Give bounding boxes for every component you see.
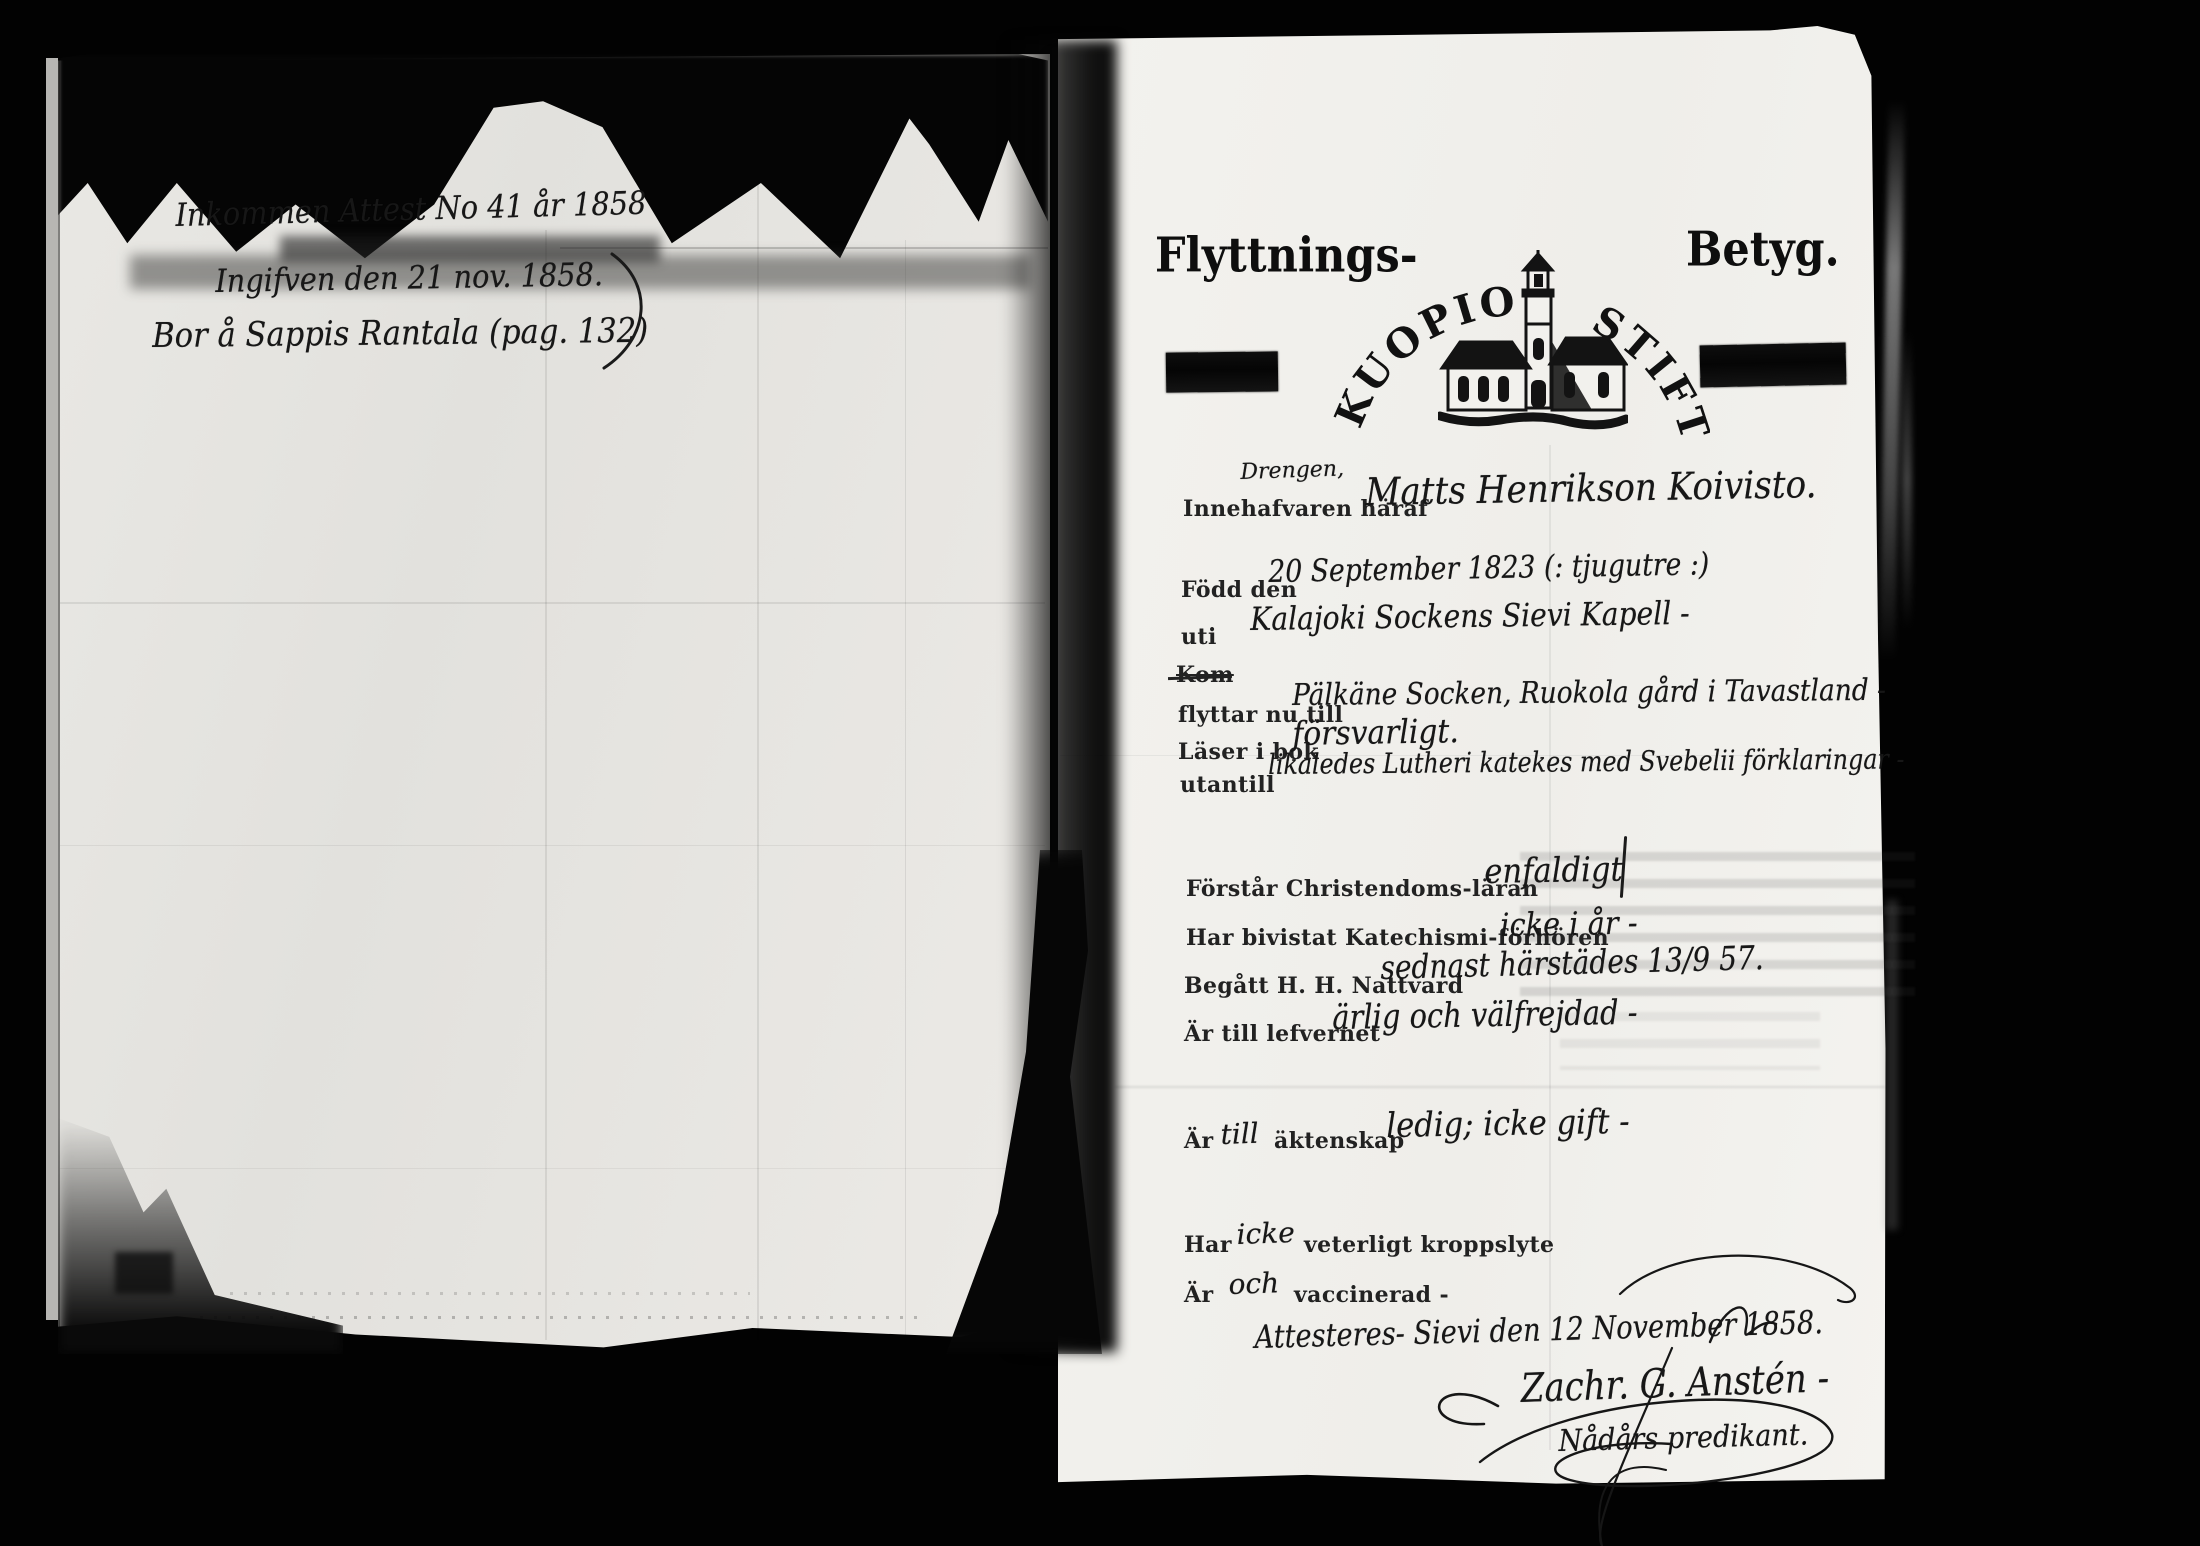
- catechism-value: icke i år -: [1500, 904, 1638, 944]
- pen-flourish-paren: [590, 246, 680, 376]
- note-bor: Bor å Sappis Rantala (pag. 132): [152, 311, 648, 356]
- fold-line: [545, 230, 547, 1340]
- fold-line: [60, 845, 1045, 846]
- marriage-mid: äktenskap: [1274, 1128, 1405, 1154]
- signature-title: Nådårs predikant.: [1558, 1417, 1809, 1459]
- torn-edge: [1886, 900, 1898, 1230]
- marriage-hand: till: [1220, 1117, 1259, 1151]
- vacc-hand: och: [1228, 1266, 1280, 1301]
- vacc-pre: Är: [1184, 1282, 1213, 1308]
- marriage-value: ledig; icke gift -: [1386, 1102, 1630, 1146]
- fold-line: [905, 240, 906, 1335]
- document-scan: Inkommen Attest No 41 år 1858 Ingifven d…: [0, 0, 2200, 1546]
- corner-smudge: [115, 1252, 173, 1294]
- body-pre: Har: [1184, 1232, 1232, 1258]
- bleed-dots: [230, 1292, 750, 1295]
- body-post: veterligt kroppslyte: [1304, 1232, 1554, 1258]
- marriage-pre: Är: [1184, 1128, 1213, 1154]
- vacc-post: vaccinerad -: [1294, 1282, 1449, 1308]
- fold-line: [60, 602, 1045, 604]
- born-value: 20 September 1823 (: tjugutre :): [1268, 546, 1710, 590]
- fold-line: [757, 60, 759, 1340]
- byheart-label: utantill: [1180, 772, 1275, 798]
- holder-name: Matts Henrikson Koivisto.: [1365, 462, 1817, 514]
- blackout-bar-left: [1166, 351, 1278, 392]
- film-edge-strip: [46, 58, 58, 1320]
- moves-value: Pälkäne Socken, Ruokola gård i Tavastlan…: [1292, 673, 1886, 713]
- in-label: uti: [1181, 624, 1217, 650]
- church-icon: [1438, 250, 1628, 458]
- holder-insert: Drengen,: [1240, 456, 1344, 485]
- in-value: Kalajoki Sockens Sievi Kapell -: [1250, 594, 1690, 638]
- note-ingifven: Ingifven den 21 nov. 1858.: [215, 255, 603, 300]
- understands-value: enfaldigt: [1484, 850, 1623, 892]
- byheart-value: likaledes Lutheri katekes med Svebelii f…: [1268, 742, 1905, 781]
- body-hand: icke: [1236, 1216, 1295, 1251]
- conduct-value: ärlig och välfrejdad -: [1332, 993, 1638, 1038]
- fold-line: [1115, 1086, 1885, 1088]
- fold-line: [60, 1168, 1045, 1169]
- blackout-bar-right: [1700, 342, 1847, 387]
- torn-edge: [1902, 330, 1912, 630]
